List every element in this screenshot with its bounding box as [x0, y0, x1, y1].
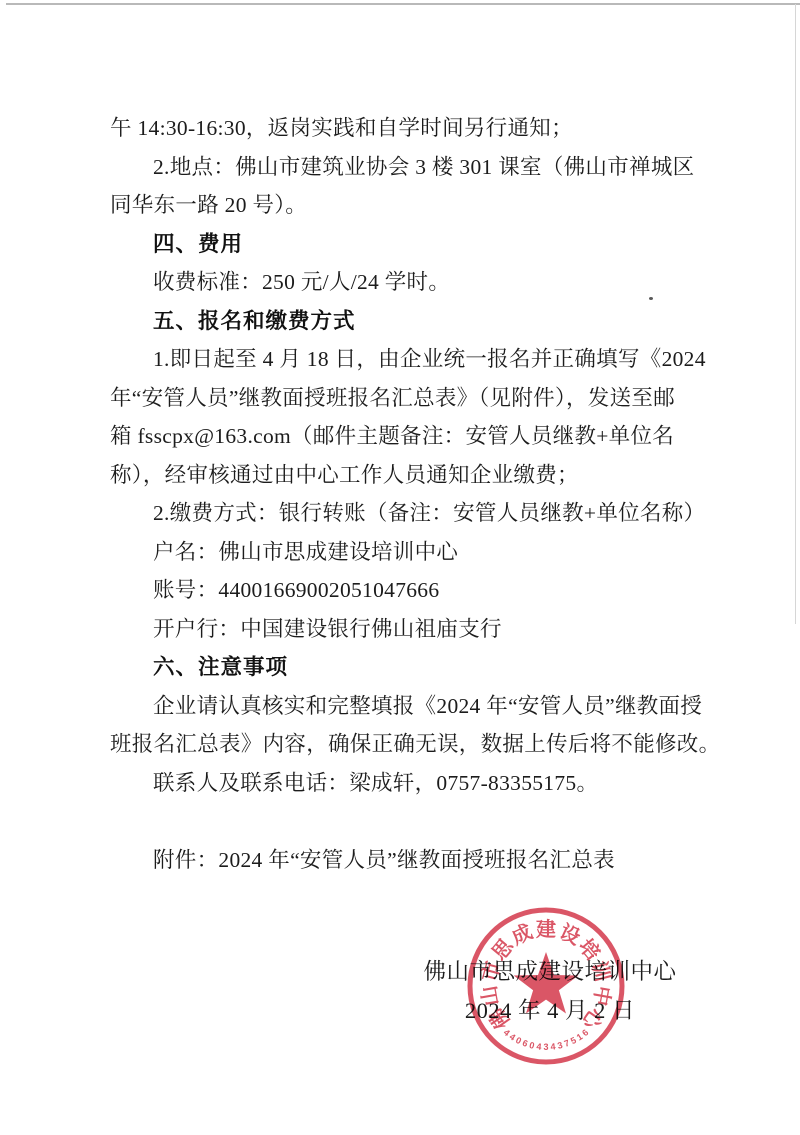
line-location-cont: 同华东一路 20 号）。 — [110, 186, 710, 225]
seal-arc-char: 建 — [536, 917, 556, 941]
scan-edge-top — [6, 3, 800, 5]
line-account-number: 账号：44001669002051047666 — [110, 571, 710, 610]
line-signup-4: 称），经审核通过由中心工作人员通知企业缴费； — [110, 456, 710, 495]
seal-arc-char: 山 — [477, 984, 503, 1008]
line-signup-email: 箱 fsscpx@163.com（邮件主题备注：安管人员继教+单位名 — [110, 417, 710, 456]
line-signup-2: 年“安管人员”继教面授班报名汇总表》（见附件），发送至邮 — [110, 379, 710, 418]
seal-arc-char: 训 — [587, 958, 615, 984]
seal-arc-char: 中 — [589, 984, 616, 1008]
section-heading-notes: 六、注意事项 — [110, 648, 710, 687]
line-notes-2: 班报名汇总表》内容，确保正确无误，数据上传后将不能修改。 — [110, 725, 710, 764]
seal-serial-number: 4406043437516 — [502, 1027, 591, 1052]
section-heading-signup: 五、报名和缴费方式 — [110, 302, 710, 341]
line-attachment: 附件：2024 年“安管人员”继教面授班报名汇总表 — [110, 841, 710, 880]
line-account-name: 户名：佛山市思成建设培训中心 — [110, 533, 710, 572]
scanned-document: { "doc": { "lines": [ "午 14:30-16:30，返岗实… — [0, 0, 800, 1135]
seal-serial-digit: 4 — [536, 1041, 542, 1052]
seal-serial-digit: 0 — [528, 1040, 535, 1051]
line-location: 2.地点：佛山市建筑业协会 3 楼 301 课室（佛山市禅城区 — [110, 148, 710, 187]
document-body: 午 14:30-16:30，返岗实践和自学时间另行通知； 2.地点：佛山市建筑业… — [110, 109, 710, 879]
line-contact: 联系人及联系电话：梁成轩，0757-83355175。 — [110, 764, 710, 803]
line-signup-1: 1.即日起至 4 月 18 日，由企业统一报名并正确填写《2024 — [110, 340, 710, 379]
line-notes-1: 企业请认真核实和完整填报《2024 年“安管人员”继教面授 — [110, 687, 710, 726]
star-icon — [514, 952, 579, 1014]
official-seal: 佛山市思成建设培训中心 4406043437516 — [456, 896, 636, 1076]
scan-edge-right — [795, 4, 796, 624]
line-class-time: 午 14:30-16:30，返岗实践和自学时间另行通知； — [110, 109, 710, 148]
line-payment-method: 2.缴费方式：银行转账（备注：安管人员继教+单位名称） — [110, 494, 710, 533]
section-heading-fee: 四、费用 — [110, 225, 710, 264]
line-bank-branch: 开户行：中国建设银行佛山祖庙支行 — [110, 610, 710, 649]
seal-serial-digit: 3 — [543, 1042, 548, 1052]
line-fee-standard: 收费标准：250 元/人/24 学时。 — [110, 263, 710, 302]
seal-serial-digit: 4 — [550, 1041, 556, 1052]
